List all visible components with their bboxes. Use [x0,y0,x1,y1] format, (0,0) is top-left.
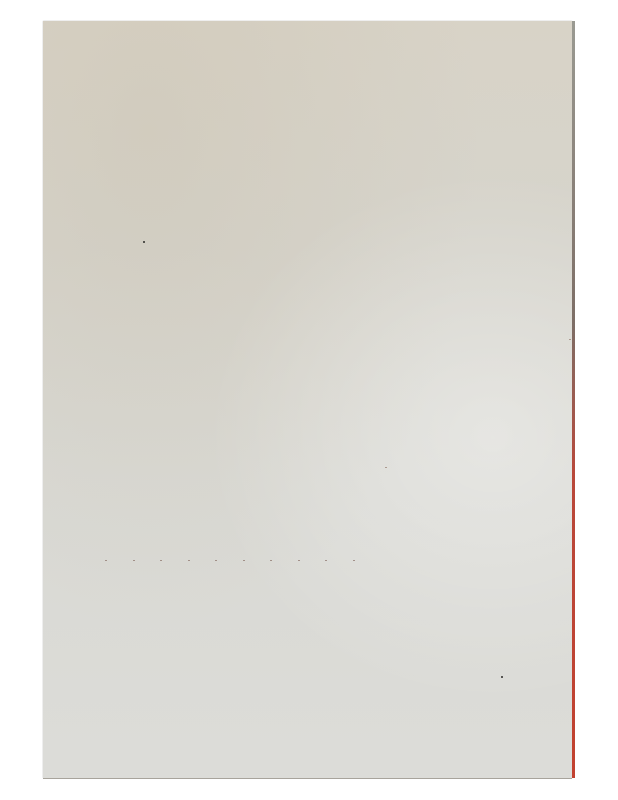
paper-speck [501,676,503,678]
paper-speck [569,339,571,340]
faint-dotted-mark [105,560,355,562]
blank-page [43,21,572,778]
page-bottom-edge [43,778,572,779]
page-right-edge [572,21,575,778]
paper-speck [143,241,145,243]
paper-speck [385,467,387,468]
